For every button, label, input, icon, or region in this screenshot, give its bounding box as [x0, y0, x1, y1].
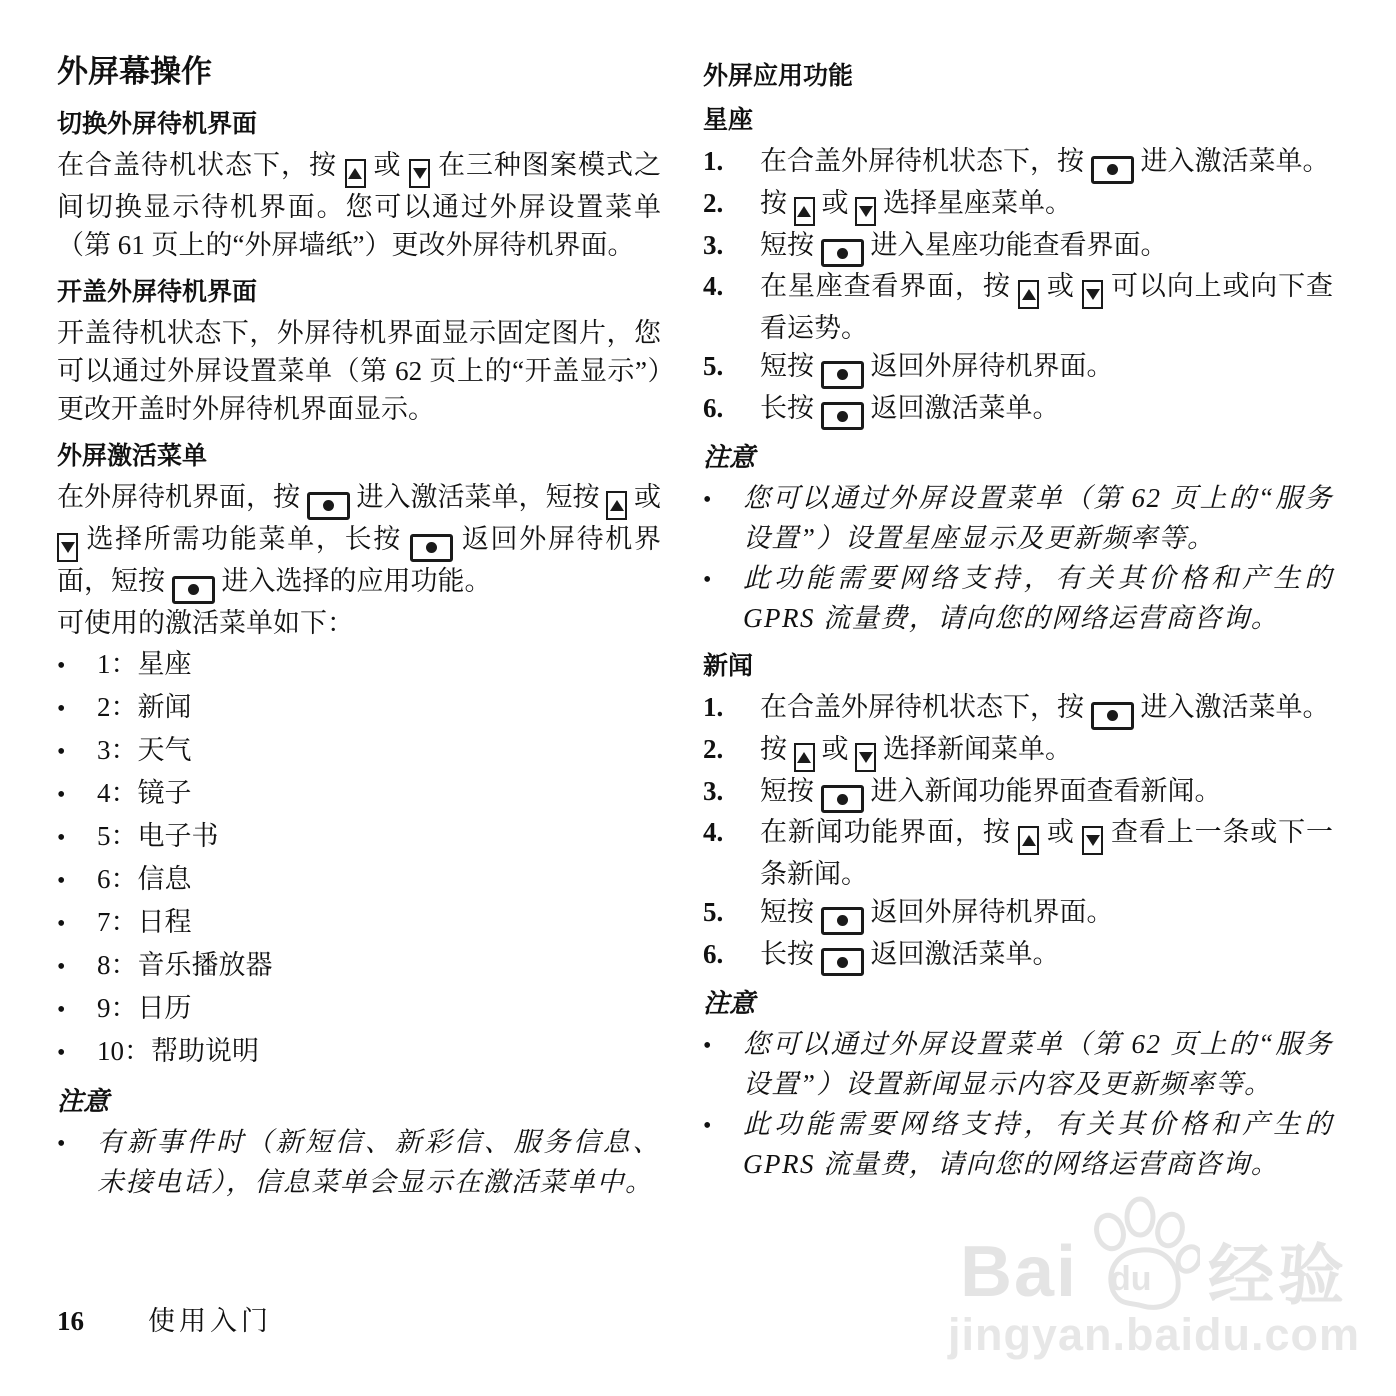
step-text: 按 或 选择星座菜单。 — [760, 184, 1333, 226]
list-item: •8：音乐播放器 — [57, 945, 661, 988]
ok-key-icon — [821, 239, 864, 267]
ok-key-icon — [1091, 156, 1134, 184]
bullet-marker: • — [57, 1124, 97, 1164]
list-item: •3：天气 — [57, 730, 661, 773]
up-key-icon — [1018, 280, 1039, 309]
step-item: 3.短按 进入星座功能查看界面。 — [703, 226, 1333, 268]
list-item-text: 有新事件时（新短信、新彩信、服务信息、未接电话），信息菜单会显示在激活菜单中。 — [97, 1122, 661, 1202]
list-item: •此功能需要网络支持，有关其价格和产生的 GPRS 流量费，请向您的网络运营商咨… — [703, 558, 1333, 638]
list-item-text: 5：电子书 — [97, 816, 661, 857]
step-number: 6. — [703, 389, 760, 427]
watermark-brand-cn: 经验 — [1208, 1242, 1348, 1308]
section-paragraph: 开盖待机状态下，外屏待机界面显示固定图片，您可以通过外屏设置菜单（第 62 页上… — [57, 314, 661, 428]
step-text: 长按 返回激活菜单。 — [760, 389, 1333, 431]
ok-key-icon — [821, 948, 864, 976]
constellation-note-block: 注意 •您可以通过外屏设置菜单（第 62 页上的“服务设置”）设置星座显示及更新… — [703, 440, 1333, 638]
section-open-standby: 开盖外屏待机界面 开盖待机状态下，外屏待机界面显示固定图片，您可以通过外屏设置菜… — [57, 276, 661, 428]
ok-key-icon — [821, 785, 864, 813]
list-item: •1：星座 — [57, 644, 661, 687]
step-number: 6. — [703, 935, 760, 973]
right-column: 外屏应用功能 星座 1.在合盖外屏待机状态下，按 进入激活菜单。2.按 或 选择… — [703, 60, 1333, 1184]
watermark-brand-prefix: Bai — [960, 1236, 1078, 1308]
ok-key-icon — [172, 576, 215, 604]
section-heading: 开盖外屏待机界面 — [57, 276, 661, 308]
step-number: 4. — [703, 267, 760, 305]
list-item-text: 9：日历 — [97, 988, 661, 1029]
section-heading: 切换外屏待机界面 — [57, 108, 661, 140]
note-list: •有新事件时（新短信、新彩信、服务信息、未接电话），信息菜单会显示在激活菜单中。 — [57, 1122, 661, 1202]
bullet-marker: • — [57, 947, 97, 988]
step-text: 在新闻功能界面，按 或 查看上一条或下一条新闻。 — [760, 813, 1333, 893]
bullet-marker: • — [57, 861, 97, 902]
manual-page: 外屏幕操作 切换外屏待机界面 在合盖待机状态下，按 或 在三种图案模式之间切换显… — [0, 0, 1396, 1396]
step-number: 3. — [703, 772, 760, 810]
bullet-marker: • — [703, 1026, 743, 1066]
step-number: 4. — [703, 813, 760, 851]
baidu-jingyan-watermark: Bai du 经验 jingyan.baidu.com — [948, 1196, 1360, 1354]
up-key-icon — [345, 159, 366, 188]
step-text: 长按 返回激活菜单。 — [760, 935, 1333, 977]
section-heading: 星座 — [703, 104, 1333, 136]
step-text: 短按 进入新闻功能界面查看新闻。 — [760, 772, 1333, 814]
list-item: •您可以通过外屏设置菜单（第 62 页上的“服务设置”）设置星座显示及更新频率等… — [703, 478, 1333, 558]
ok-key-icon — [821, 402, 864, 430]
note-heading: 注意 — [57, 1084, 661, 1118]
list-item: •您可以通过外屏设置菜单（第 62 页上的“服务设置”）设置新闻显示内容及更新频… — [703, 1024, 1333, 1104]
left-column: 外屏幕操作 切换外屏待机界面 在合盖待机状态下，按 或 在三种图案模式之间切换显… — [57, 52, 661, 1202]
note-list: •您可以通过外屏设置菜单（第 62 页上的“服务设置”）设置星座显示及更新频率等… — [703, 478, 1333, 638]
bullet-marker: • — [57, 990, 97, 1031]
ok-key-icon — [1091, 702, 1134, 730]
bullet-marker: • — [57, 646, 97, 687]
ok-key-icon — [410, 534, 453, 562]
baidu-paw-icon: du — [1080, 1196, 1200, 1314]
up-key-icon — [794, 743, 815, 772]
step-item: 4.在星座查看界面，按 或 可以向上或向下查看运势。 — [703, 267, 1333, 347]
step-number: 5. — [703, 893, 760, 931]
step-number: 1. — [703, 688, 760, 726]
ok-key-icon — [821, 907, 864, 935]
section-constellation: 星座 1.在合盖外屏待机状态下，按 进入激活菜单。2.按 或 选择星座菜单。3.… — [703, 104, 1333, 638]
watermark-url: jingyan.baidu.com — [948, 1316, 1360, 1354]
step-text: 在星座查看界面，按 或 可以向上或向下查看运势。 — [760, 267, 1333, 347]
bullet-marker: • — [57, 818, 97, 859]
list-item: •7：日程 — [57, 902, 661, 945]
list-item-text: 7：日程 — [97, 902, 661, 943]
down-key-icon — [1082, 280, 1103, 309]
news-steps: 1.在合盖外屏待机状态下，按 进入激活菜单。2.按 或 选择新闻菜单。3.短按 … — [703, 688, 1333, 976]
step-item: 3.短按 进入新闻功能界面查看新闻。 — [703, 772, 1333, 814]
step-text: 按 或 选择新闻菜单。 — [760, 730, 1333, 772]
section-heading: 外屏激活菜单 — [57, 440, 661, 472]
down-key-icon — [855, 743, 876, 772]
step-item: 5.短按 返回外屏待机界面。 — [703, 893, 1333, 935]
note-heading: 注意 — [703, 986, 1333, 1020]
list-item-text: 10：帮助说明 — [97, 1031, 661, 1072]
bullet-marker: • — [57, 689, 97, 730]
step-text: 在合盖外屏待机状态下，按 进入激活菜单。 — [760, 142, 1333, 184]
step-item: 2.按 或 选择新闻菜单。 — [703, 730, 1333, 772]
page-title: 外屏幕操作 — [57, 52, 661, 92]
section-news: 新闻 1.在合盖外屏待机状态下，按 进入激活菜单。2.按 或 选择新闻菜单。3.… — [703, 650, 1333, 1184]
list-item-text: 此功能需要网络支持，有关其价格和产生的 GPRS 流量费，请向您的网络运营商咨询… — [743, 1104, 1333, 1184]
list-item-text: 2：新闻 — [97, 687, 661, 728]
step-number: 1. — [703, 142, 760, 180]
section-heading: 新闻 — [703, 650, 1333, 682]
down-key-icon — [1082, 826, 1103, 855]
step-item: 6.长按 返回激活菜单。 — [703, 935, 1333, 977]
bullet-marker: • — [57, 732, 97, 773]
section-paragraph: 在外屏待机界面，按 进入激活菜单，短按 或 选择所需功能菜单，长按 返回外屏待机… — [57, 478, 661, 604]
ok-key-icon — [821, 361, 864, 389]
footer-section-label: 使用入门 — [148, 1302, 272, 1340]
step-text: 短按 进入星座功能查看界面。 — [760, 226, 1333, 268]
section-switch-standby: 切换外屏待机界面 在合盖待机状态下，按 或 在三种图案模式之间切换显示待机界面。… — [57, 108, 661, 264]
step-number: 2. — [703, 184, 760, 222]
bullet-marker: • — [703, 480, 743, 520]
step-number: 2. — [703, 730, 760, 768]
left-note-block: 注意 •有新事件时（新短信、新彩信、服务信息、未接电话），信息菜单会显示在激活菜… — [57, 1084, 661, 1202]
bullet-marker: • — [57, 775, 97, 816]
watermark-logo: Bai du 经验 — [948, 1196, 1360, 1308]
bullet-marker: • — [57, 904, 97, 945]
list-item-text: 3：天气 — [97, 730, 661, 771]
watermark-brand-suffix: du — [1110, 1262, 1152, 1296]
list-item: •此功能需要网络支持，有关其价格和产生的 GPRS 流量费，请向您的网络运营商咨… — [703, 1104, 1333, 1184]
list-item: •4：镜子 — [57, 773, 661, 816]
bullet-marker: • — [703, 560, 743, 600]
bullet-marker: • — [57, 1033, 97, 1074]
list-item: •5：电子书 — [57, 816, 661, 859]
constellation-steps: 1.在合盖外屏待机状态下，按 进入激活菜单。2.按 或 选择星座菜单。3.短按 … — [703, 142, 1333, 430]
step-item: 2.按 或 选择星座菜单。 — [703, 184, 1333, 226]
list-item-text: 1：星座 — [97, 644, 661, 685]
news-note-block: 注意 •您可以通过外屏设置菜单（第 62 页上的“服务设置”）设置新闻显示内容及… — [703, 986, 1333, 1184]
down-key-icon — [855, 197, 876, 226]
step-text: 在合盖外屏待机状态下，按 进入激活菜单。 — [760, 688, 1333, 730]
up-key-icon — [794, 197, 815, 226]
ok-key-icon — [307, 492, 350, 520]
list-item-text: 4：镜子 — [97, 773, 661, 814]
note-heading: 注意 — [703, 440, 1333, 474]
step-item: 6.长按 返回激活菜单。 — [703, 389, 1333, 431]
page-number: 16 — [57, 1302, 84, 1340]
bullet-marker: • — [703, 1106, 743, 1146]
list-item: •有新事件时（新短信、新彩信、服务信息、未接电话），信息菜单会显示在激活菜单中。 — [57, 1122, 661, 1202]
page-footer: 16 使用入门 — [57, 1302, 272, 1340]
list-item: •10：帮助说明 — [57, 1031, 661, 1074]
list-item: •6：信息 — [57, 859, 661, 902]
column-title: 外屏应用功能 — [703, 60, 1333, 92]
step-number: 5. — [703, 347, 760, 385]
step-item: 4.在新闻功能界面，按 或 查看上一条或下一条新闻。 — [703, 813, 1333, 893]
list-item-text: 您可以通过外屏设置菜单（第 62 页上的“服务设置”）设置星座显示及更新频率等。 — [743, 478, 1333, 558]
note-list: •您可以通过外屏设置菜单（第 62 页上的“服务设置”）设置新闻显示内容及更新频… — [703, 1024, 1333, 1184]
step-text: 短按 返回外屏待机界面。 — [760, 347, 1333, 389]
list-item: •9：日历 — [57, 988, 661, 1031]
step-item: 1.在合盖外屏待机状态下，按 进入激活菜单。 — [703, 688, 1333, 730]
list-item-text: 6：信息 — [97, 859, 661, 900]
list-item: •2：新闻 — [57, 687, 661, 730]
down-key-icon — [57, 533, 78, 562]
activation-menu-list: •1：星座•2：新闻•3：天气•4：镜子•5：电子书•6：信息•7：日程•8：音… — [57, 644, 661, 1074]
down-key-icon — [409, 159, 430, 188]
step-item: 1.在合盖外屏待机状态下，按 进入激活菜单。 — [703, 142, 1333, 184]
step-item: 5.短按 返回外屏待机界面。 — [703, 347, 1333, 389]
up-key-icon — [1018, 826, 1039, 855]
step-number: 3. — [703, 226, 760, 264]
list-item-text: 8：音乐播放器 — [97, 945, 661, 986]
menu-list-intro: 可使用的激活菜单如下： — [57, 604, 661, 642]
section-paragraph: 在合盖待机状态下，按 或 在三种图案模式之间切换显示待机界面。您可以通过外屏设置… — [57, 146, 661, 264]
up-key-icon — [606, 491, 627, 520]
list-item-text: 您可以通过外屏设置菜单（第 62 页上的“服务设置”）设置新闻显示内容及更新频率… — [743, 1024, 1333, 1104]
step-text: 短按 返回外屏待机界面。 — [760, 893, 1333, 935]
section-activation-menu: 外屏激活菜单 在外屏待机界面，按 进入激活菜单，短按 或 选择所需功能菜单，长按… — [57, 440, 661, 1074]
list-item-text: 此功能需要网络支持，有关其价格和产生的 GPRS 流量费，请向您的网络运营商咨询… — [743, 558, 1333, 638]
